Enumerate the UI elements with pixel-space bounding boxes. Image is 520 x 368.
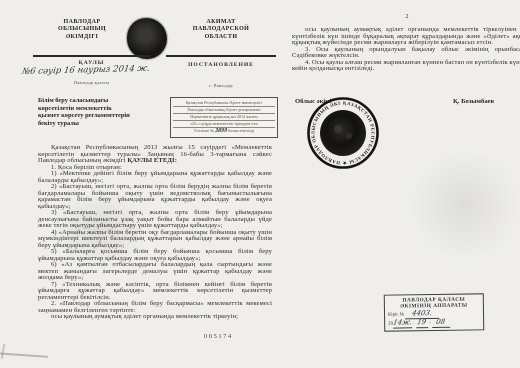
intake-date-separator: - (429, 321, 431, 326)
body-paragraph: 2) «Бастауыш, негізгі орта, жалпы орта б… (38, 184, 272, 210)
body-paragraph: 7) «Техникалық және кәсіптік, орта білім… (38, 282, 272, 302)
intake-year-underline: 14ж. (393, 319, 412, 328)
official-round-seal: ҚАЗАҚСТАН РЕСПУБЛИКАСЫ ★ ПАВЛОДАР ОБЛЫСЫ… (305, 95, 381, 171)
title-line: қызмет көрсету регламенттерін (38, 112, 158, 120)
page-number: 2 (288, 13, 520, 20)
org-name-russian: АКИМАТ ПАВЛОДАРСКОЙ ОБЛАСТИ (174, 19, 268, 41)
page-2: 2 осы қаулының аумақтық әділет органында… (288, 0, 520, 368)
title-line: көрсетілетін мемлекеттік (38, 105, 158, 113)
intake-day-underline: 19 (416, 319, 428, 328)
org-kk-line: ӘКІМДІГІ (34, 34, 130, 41)
reg-stamp-line: «25» сәуірде мемлекеттік тіркеуден өтті (173, 121, 275, 128)
resolution-body-continued: осы қаулының аумақтық әділет органында м… (292, 27, 520, 73)
header-divider-right (166, 55, 276, 57)
reg-stamp-line: Қазақстан Республикасы Әділет министрліг… (173, 100, 275, 107)
page-edge-line (1, 344, 5, 359)
seal-inner-blob (320, 110, 366, 156)
intake-number-label: Кіріс № (388, 312, 404, 317)
justice-registration-stamp: Қазақстан Республикасы Әділет министрліг… (170, 97, 278, 138)
intake-day-handwritten: 19 (417, 319, 427, 325)
header-divider-left (33, 55, 150, 57)
body-paragraph: 4) «Арнайы жалпы білім беретін оқу бағда… (38, 230, 272, 250)
body-paragraph: 6) «Аз қамтылған отбасылардағы балаларды… (38, 262, 272, 282)
reg-number-label: Тізілімге № (194, 128, 214, 133)
coat-of-arms-emblem (127, 18, 167, 59)
reg-stamp-number-line: Тізілімге № 3899 болып енгізілді (173, 128, 275, 135)
signature-name: Қ. Бозымбаев (453, 98, 494, 105)
intake-date-separator: - (413, 321, 415, 326)
place-russian: г. Павлодар (166, 83, 276, 88)
reg-stamp-line: Нормативтік құқықтық акт 2014 жылғы (173, 114, 275, 121)
reg-number-handwritten: 3899 (215, 129, 228, 134)
reg-stamp-line: Павлодар облысының Әділет департаменті (173, 107, 275, 114)
intake-month-handwritten: 08 (436, 319, 446, 325)
form-serial-number: 005174 (204, 333, 233, 340)
document-title: Білім беру саласындағы көрсетілетін мемл… (38, 97, 158, 128)
intake-year-handwritten: 14ж. (392, 319, 412, 325)
seal-emblem-mark (334, 125, 342, 133)
body-paragraph: осы қаулының аумақтық әділет органында м… (38, 314, 272, 321)
handwritten-date: №6 сәуір 16 наурыз 2014 ж. (21, 64, 150, 77)
intake-stamp: ПАВЛОДАР ҚАЛАСЫ ӘКІМІНІҢ АППАРАТЫ Кіріс … (384, 293, 485, 331)
seal-emblem-mark (346, 133, 352, 139)
reg-number-suffix: болып енгізілді (228, 128, 254, 133)
resolution-body: Қазақстан Республикасының 2013 жылғы 15 … (38, 145, 272, 321)
place-kazakh: Павлодар қаласы (33, 80, 150, 85)
org-name-kazakh: ПАВЛОДАР ОБЛЫСЫНЫҢ ӘКІМДІГІ (34, 19, 130, 41)
intake-month-underline: 08 (432, 319, 450, 328)
page-1: ПАВЛОДАР ОБЛЫСЫНЫҢ ӘКІМДІГІ АКИМАТ ПАВЛО… (18, 4, 288, 364)
intake-number-handwritten: 4403. (412, 310, 433, 316)
title-line: Білім беру саласындағы (38, 97, 158, 105)
body-paragraph: осы қаулының аумақтық әділет органында м… (292, 27, 520, 47)
org-kk-line: ОБЛЫСЫНЫҢ (34, 26, 130, 33)
org-ru-line: ПАВЛОДАРСКОЙ (174, 26, 268, 33)
intake-date-row: 2014ж. - 19 - 08 (388, 318, 480, 328)
title-line: бекіту туралы (38, 120, 158, 128)
body-paragraph: 3) «Бастауыш, негізгі орта, жалпы орта б… (38, 210, 272, 230)
org-ru-line: ОБЛАСТИ (174, 34, 268, 41)
intro-resolves-bold: ҚАУЛЫ ЕТЕДІ: (127, 157, 177, 164)
body-paragraph: 4. Осы қаулы алғаш ресми жарияланған күн… (292, 60, 520, 73)
body-paragraph: 3. Осы қаулының орындалуын бақылау облыс… (292, 47, 520, 60)
scanned-document: ПАВЛОДАР ОБЛЫСЫНЫҢ ӘКІМДІГІ АКИМАТ ПАВЛО… (0, 0, 520, 368)
body-paragraph-intro: Қазақстан Республикасының 2013 жылғы 15 … (38, 145, 272, 165)
org-kk-line: ПАВЛОДАР (34, 19, 130, 26)
doc-type-russian: ПОСТАНОВЛЕНИЕ (166, 62, 276, 68)
